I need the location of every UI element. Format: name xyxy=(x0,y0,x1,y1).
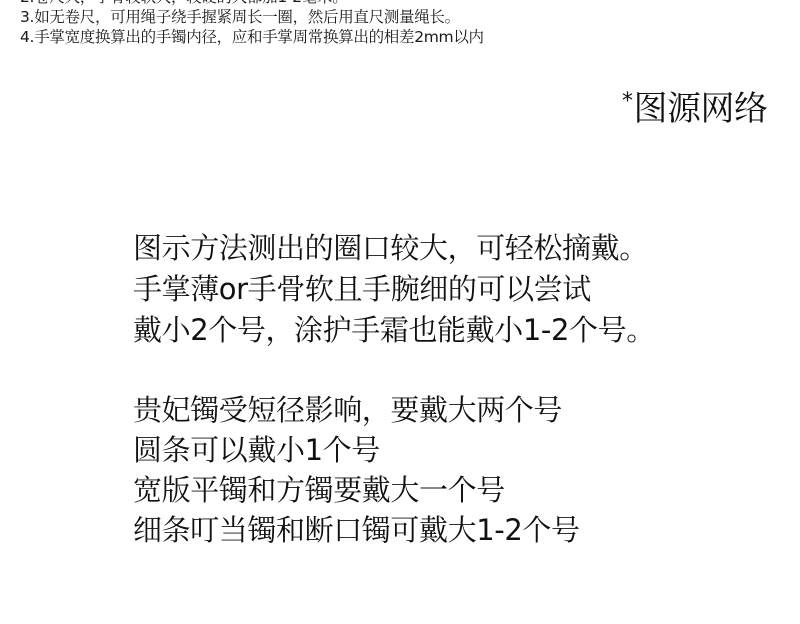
image-source-credit: *图源网络 xyxy=(622,82,768,129)
tip-line: 戴小2个号，涂护手霜也能戴小1-2个号。 xyxy=(133,310,655,351)
tip-line: 手掌薄or手骨软且手腕细的可以尝试 xyxy=(133,269,655,310)
tip-line: 贵妃镯受短径影响，要戴大两个号 xyxy=(133,390,580,430)
note-line-4: 4.手掌宽度换算出的手镯内径，应和手掌周常换算出的相差2mm以内 xyxy=(20,27,484,47)
source-credit-text: 图源网络 xyxy=(634,89,768,129)
tip-line: 细条叮当镯和断口镯可戴大1-2个号 xyxy=(133,510,580,550)
note-line-3: 3.如无卷尺，可用绳子绕手握紧周长一圈，然后用直尺测量绳长。 xyxy=(20,7,484,27)
sizing-tips-paragraph: 图示方法测出的圈口较大，可轻松摘戴。 手掌薄or手骨软且手腕细的可以尝试 戴小2… xyxy=(133,228,655,351)
tip-line: 图示方法测出的圈口较大，可轻松摘戴。 xyxy=(133,228,655,269)
top-notes: 2.卷尺大，手骨较软大，较硬的大都加1-2毫米。 3.如无卷尺，可用绳子绕手握紧… xyxy=(20,0,484,47)
tip-line: 圆条可以戴小1个号 xyxy=(133,430,580,470)
note-line-2: 2.卷尺大，手骨较软大，较硬的大都加1-2毫米。 xyxy=(20,0,484,7)
bangle-style-tips: 贵妃镯受短径影响，要戴大两个号 圆条可以戴小1个号 宽版平镯和方镯要戴大一个号 … xyxy=(133,390,580,550)
tip-line: 宽版平镯和方镯要戴大一个号 xyxy=(133,470,580,510)
asterisk-icon: * xyxy=(622,89,633,114)
